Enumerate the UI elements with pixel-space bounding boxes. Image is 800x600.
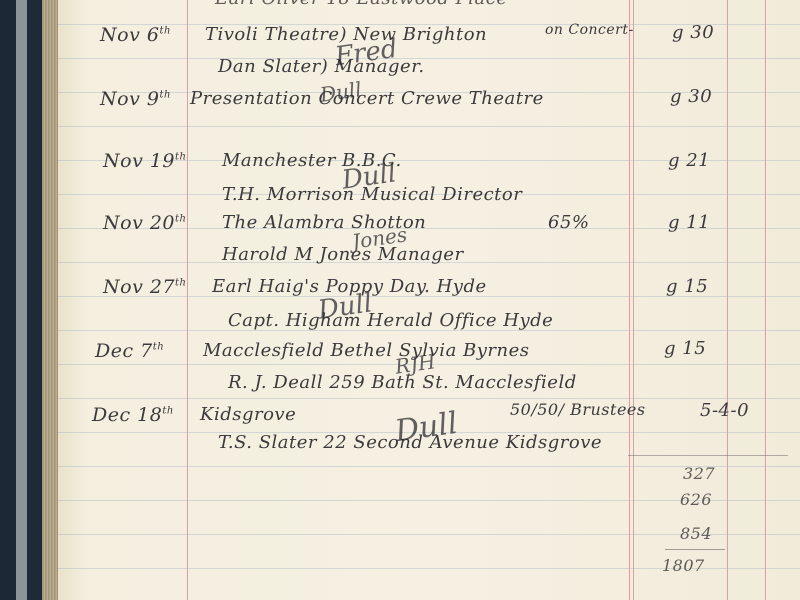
entry-date: Dec 18th <box>92 404 174 426</box>
ruled-line <box>58 58 800 59</box>
date-margin-line <box>187 0 188 600</box>
entry-contact: Harold M Jones Manager <box>222 244 464 265</box>
book-cover-inner <box>27 0 42 600</box>
book-cover <box>0 0 16 600</box>
partial-address-line: Earl Oliver 18 Eastwood Place <box>215 0 508 9</box>
entry-venue: Presentation Concert Crewe Theatre <box>190 88 544 109</box>
entry-date: Nov 19th <box>103 150 186 172</box>
ruled-line <box>58 126 800 127</box>
entry-date: Nov 9th <box>100 88 171 110</box>
tally-value: 327 <box>683 464 715 483</box>
entry-fee: g 30 <box>672 22 714 43</box>
entry-fee: 5-4-0 <box>700 400 749 421</box>
entry-venue: Kidsgrove <box>200 404 296 425</box>
tally-total: 1807 <box>662 556 705 575</box>
entry-contact: Capt. Higham Herald Office Hyde <box>228 310 553 331</box>
entry-date: Nov 20th <box>103 212 186 234</box>
amount-margin-line <box>633 0 634 600</box>
sum-rule <box>665 549 725 550</box>
entry-venue: Macclesfield Bethel Sylvia Byrnes <box>203 340 530 361</box>
page-edges <box>42 0 58 600</box>
ruled-line <box>58 398 800 399</box>
entry-note: 65% <box>548 212 590 233</box>
column-line <box>765 0 766 600</box>
entry-fee: g 15 <box>666 276 708 297</box>
book-spine-strip <box>16 0 27 600</box>
total-rule <box>628 455 788 456</box>
tally-value: 854 <box>680 524 712 543</box>
tally-value: 626 <box>680 490 712 509</box>
entry-fee: g 15 <box>664 338 706 359</box>
column-line <box>727 0 728 600</box>
entry-date: Nov 6th <box>100 24 171 46</box>
entry-fee: g 30 <box>670 86 712 107</box>
entry-fee: g 11 <box>668 212 710 233</box>
amount-margin-line <box>629 0 630 600</box>
entry-date: Nov 27th <box>103 276 186 298</box>
entry-note: 50/50/ Brustees <box>510 400 646 419</box>
entry-date: Dec 7th <box>95 340 164 362</box>
entry-note: on Concert- <box>545 22 634 38</box>
entry-fee: g 21 <box>668 150 710 171</box>
